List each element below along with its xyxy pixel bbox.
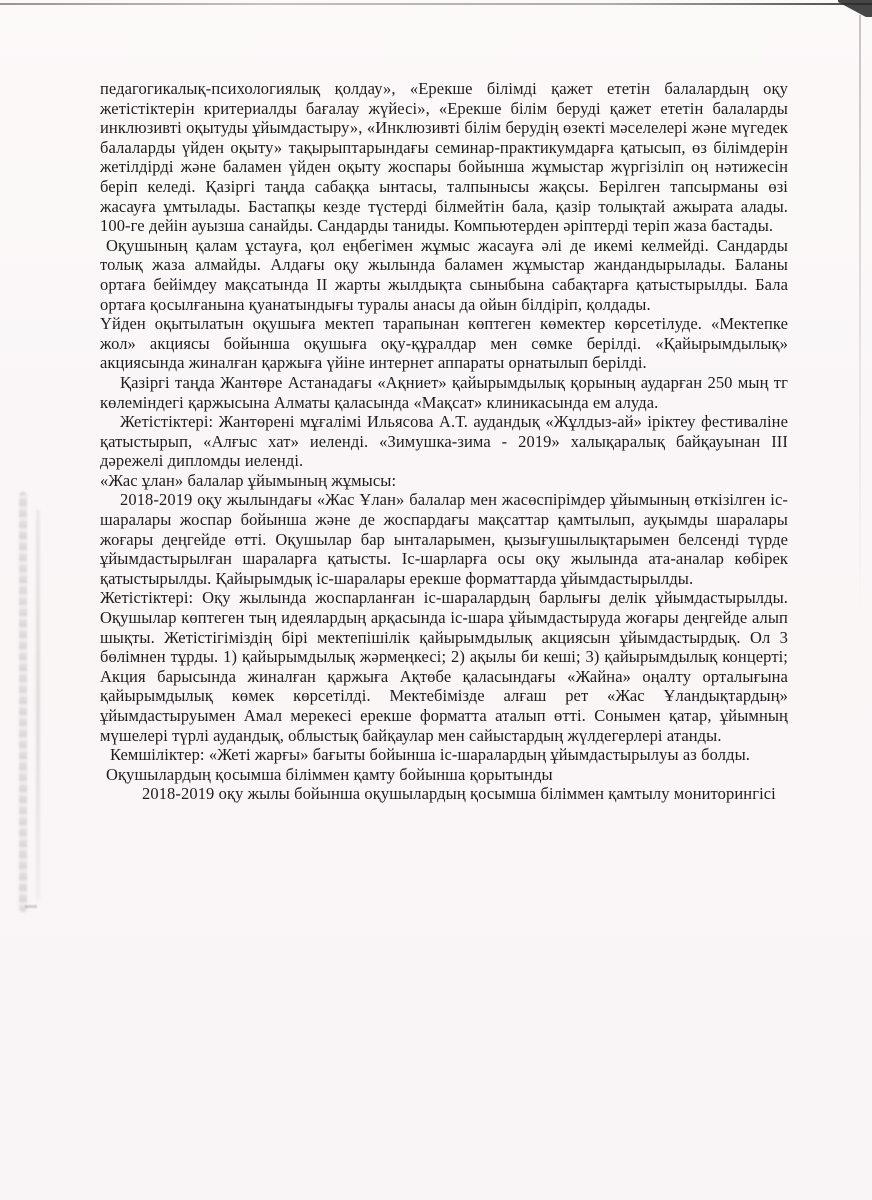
scan-artifact-top-edge — [0, 3, 872, 5]
document-paragraph: Кемшіліктер: «Жеті жарғы» бағыты бойынша… — [100, 745, 788, 765]
document-paragraph: педагогикалық-психологиялық қолдау», «Ер… — [100, 79, 788, 236]
document-paragraph: Оқушының қалам ұстауға, қол еңбегімен жұ… — [100, 236, 788, 314]
document-text-block: педагогикалық-психологиялық қолдау», «Ер… — [100, 79, 788, 804]
scan-artifact-corner-mark — [838, 0, 872, 17]
document-paragraph: Жетістіктері: Оқу жылында жоспарланған і… — [100, 588, 788, 745]
section-heading-summary: Оқушылардың қосымша біліммен қамту бойын… — [100, 765, 788, 785]
document-paragraph: Қазіргі таңда Жантөре Астанадағы «Ақниет… — [100, 373, 788, 412]
scan-artifact-left-streak — [25, 905, 37, 908]
scan-artifact-left-streak — [36, 510, 40, 900]
document-paragraph: 2018-2019 оқу жылындағы «Жас Ұлан» балал… — [100, 490, 788, 588]
scan-artifact-left-streak — [19, 492, 27, 912]
scanned-document-page: педагогикалық-психологиялық қолдау», «Ер… — [0, 0, 872, 1200]
document-paragraph: 2018-2019 оқу жылы бойынша оқушылардың қ… — [100, 784, 788, 804]
scan-artifact-right-line — [859, 15, 861, 615]
section-heading-zhas-ulan: «Жас ұлан» балалар ұйымының жұмысы: — [100, 471, 788, 491]
document-paragraph: Үйден оқытылатын оқушыға мектеп тарапына… — [100, 314, 788, 373]
document-paragraph: Жетістіктері: Жантөрені мұғалімі Ильясов… — [100, 412, 788, 471]
